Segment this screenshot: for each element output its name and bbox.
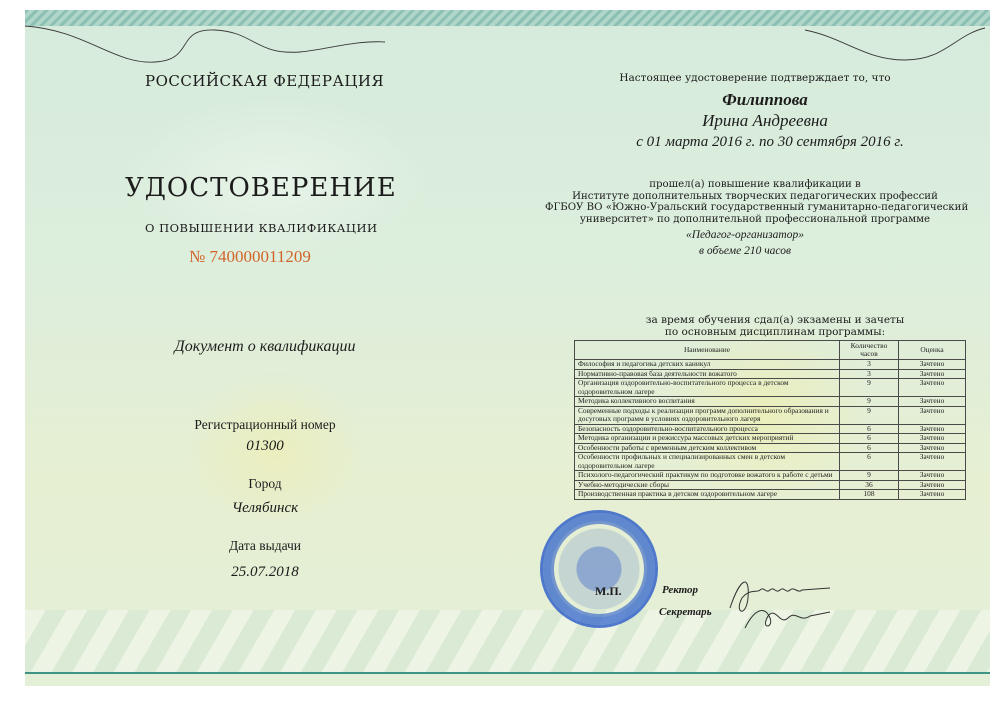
table-row: Особенности профильных и специализирован… xyxy=(575,453,966,471)
header-grade: Оценка xyxy=(899,341,966,360)
discipline-name: Методика коллективного воспитания xyxy=(575,397,840,407)
table-row: Организация оздоровительно-воспитательно… xyxy=(575,379,966,397)
intro-text: Настоящее удостоверение подтверждает то,… xyxy=(605,72,905,84)
discipline-hours: 9 xyxy=(840,471,899,481)
certificate-number: № 740000011209 xyxy=(165,247,335,267)
description-line-4: университет» по дополнительной профессио… xyxy=(545,214,965,226)
discipline-name: Особенности профильных и специализирован… xyxy=(575,453,840,471)
discipline-hours: 3 xyxy=(840,360,899,370)
table-row: Методика коллективного воспитания9Зачтен… xyxy=(575,397,966,407)
discipline-name: Философия и педагогика детских каникул xyxy=(575,360,840,370)
document-subtitle: О ПОВЫШЕНИИ КВАЛИФИКАЦИИ xyxy=(145,221,355,235)
discipline-grade: Зачтено xyxy=(899,379,966,397)
table-row: Методика организации и режиссура массовы… xyxy=(575,434,966,444)
table-row: Философия и педагогика детских каникул3З… xyxy=(575,360,966,370)
holder-name: Ирина Андреевна xyxy=(665,111,865,131)
table-row: Психолого-педагогический практикум по по… xyxy=(575,471,966,481)
discipline-hours: 108 xyxy=(840,490,899,500)
header-hours: Количество часов xyxy=(840,341,899,360)
exams-heading-line-2: по основным дисциплинам программы: xyxy=(585,326,965,338)
discipline-name: Производственная практика в детском оздо… xyxy=(575,490,840,500)
discipline-grade: Зачтено xyxy=(899,406,966,424)
discipline-grade: Зачтено xyxy=(899,490,966,500)
table-row: Современные подходы к реализации програм… xyxy=(575,406,966,424)
discipline-hours: 6 xyxy=(840,434,899,444)
program-name: «Педагог-организатор» xyxy=(645,229,845,241)
description-line-1: прошел(а) повышение квалификации в xyxy=(545,179,965,191)
header-name: Наименование xyxy=(575,341,840,360)
program-volume: в объеме 210 часов xyxy=(645,245,845,257)
description-line-2: Институте дополнительных творческих педа… xyxy=(545,191,965,203)
document-type: Документ о квалификации xyxy=(155,338,375,356)
training-period: с 01 марта 2016 г. по 30 сентября 2016 г… xyxy=(585,134,955,151)
discipline-hours: 6 xyxy=(840,453,899,471)
official-seal xyxy=(540,510,658,628)
certificate-document: РОССИЙСКАЯ ФЕДЕРАЦИЯ УДОСТОВЕРЕНИЕ О ПОВ… xyxy=(25,10,990,686)
table-row: Производственная практика в детском оздо… xyxy=(575,490,966,500)
registration-number-value: 01300 xyxy=(215,438,315,455)
description-line-3: ФГБОУ ВО «Южно-Уральский государственный… xyxy=(545,202,965,214)
table-header-row: Наименование Количество часов Оценка xyxy=(575,341,966,360)
secretary-label: Секретарь xyxy=(659,606,712,618)
discipline-hours: 9 xyxy=(840,397,899,407)
holder-surname: Филиппова xyxy=(665,90,865,110)
document-title: УДОСТОВЕРЕНИЕ xyxy=(125,173,375,203)
rector-label: Ректор xyxy=(662,584,698,596)
discipline-grade: Зачтено xyxy=(899,397,966,407)
exams-heading: за время обучения сдал(а) экзамены и зач… xyxy=(585,314,965,338)
discipline-hours: 9 xyxy=(840,406,899,424)
issue-date-value: 25.07.2018 xyxy=(205,564,325,581)
disciplines-table: Наименование Количество часов Оценка Фил… xyxy=(574,340,966,500)
exams-heading-line-1: за время обучения сдал(а) экзамены и зач… xyxy=(585,314,965,326)
training-description: прошел(а) повышение квалификации в Инсти… xyxy=(545,179,965,225)
discipline-hours: 9 xyxy=(840,379,899,397)
bottom-border-line xyxy=(25,672,990,674)
discipline-grade: Зачтено xyxy=(899,453,966,471)
discipline-name: Организация оздоровительно-воспитательно… xyxy=(575,379,840,397)
guilloche-wave-line xyxy=(25,20,990,70)
city-value: Челябинск xyxy=(205,500,325,517)
discipline-grade: Зачтено xyxy=(899,471,966,481)
discipline-grade: Зачтено xyxy=(899,434,966,444)
discipline-name: Психолого-педагогический практикум по по… xyxy=(575,471,840,481)
seal-place-label: М.П. xyxy=(595,584,622,599)
discipline-name: Методика организации и режиссура массовы… xyxy=(575,434,840,444)
discipline-name: Современные подходы к реализации програм… xyxy=(575,406,840,424)
bottom-ornament-band xyxy=(25,610,990,672)
discipline-grade: Зачтено xyxy=(899,360,966,370)
city-label: Город xyxy=(215,476,315,492)
registration-number-label: Регистрационный номер xyxy=(175,417,355,433)
secretary-signature xyxy=(740,598,840,638)
issue-date-label: Дата выдачи xyxy=(205,538,325,554)
country-heading: РОССИЙСКАЯ ФЕДЕРАЦИЯ xyxy=(145,72,355,90)
